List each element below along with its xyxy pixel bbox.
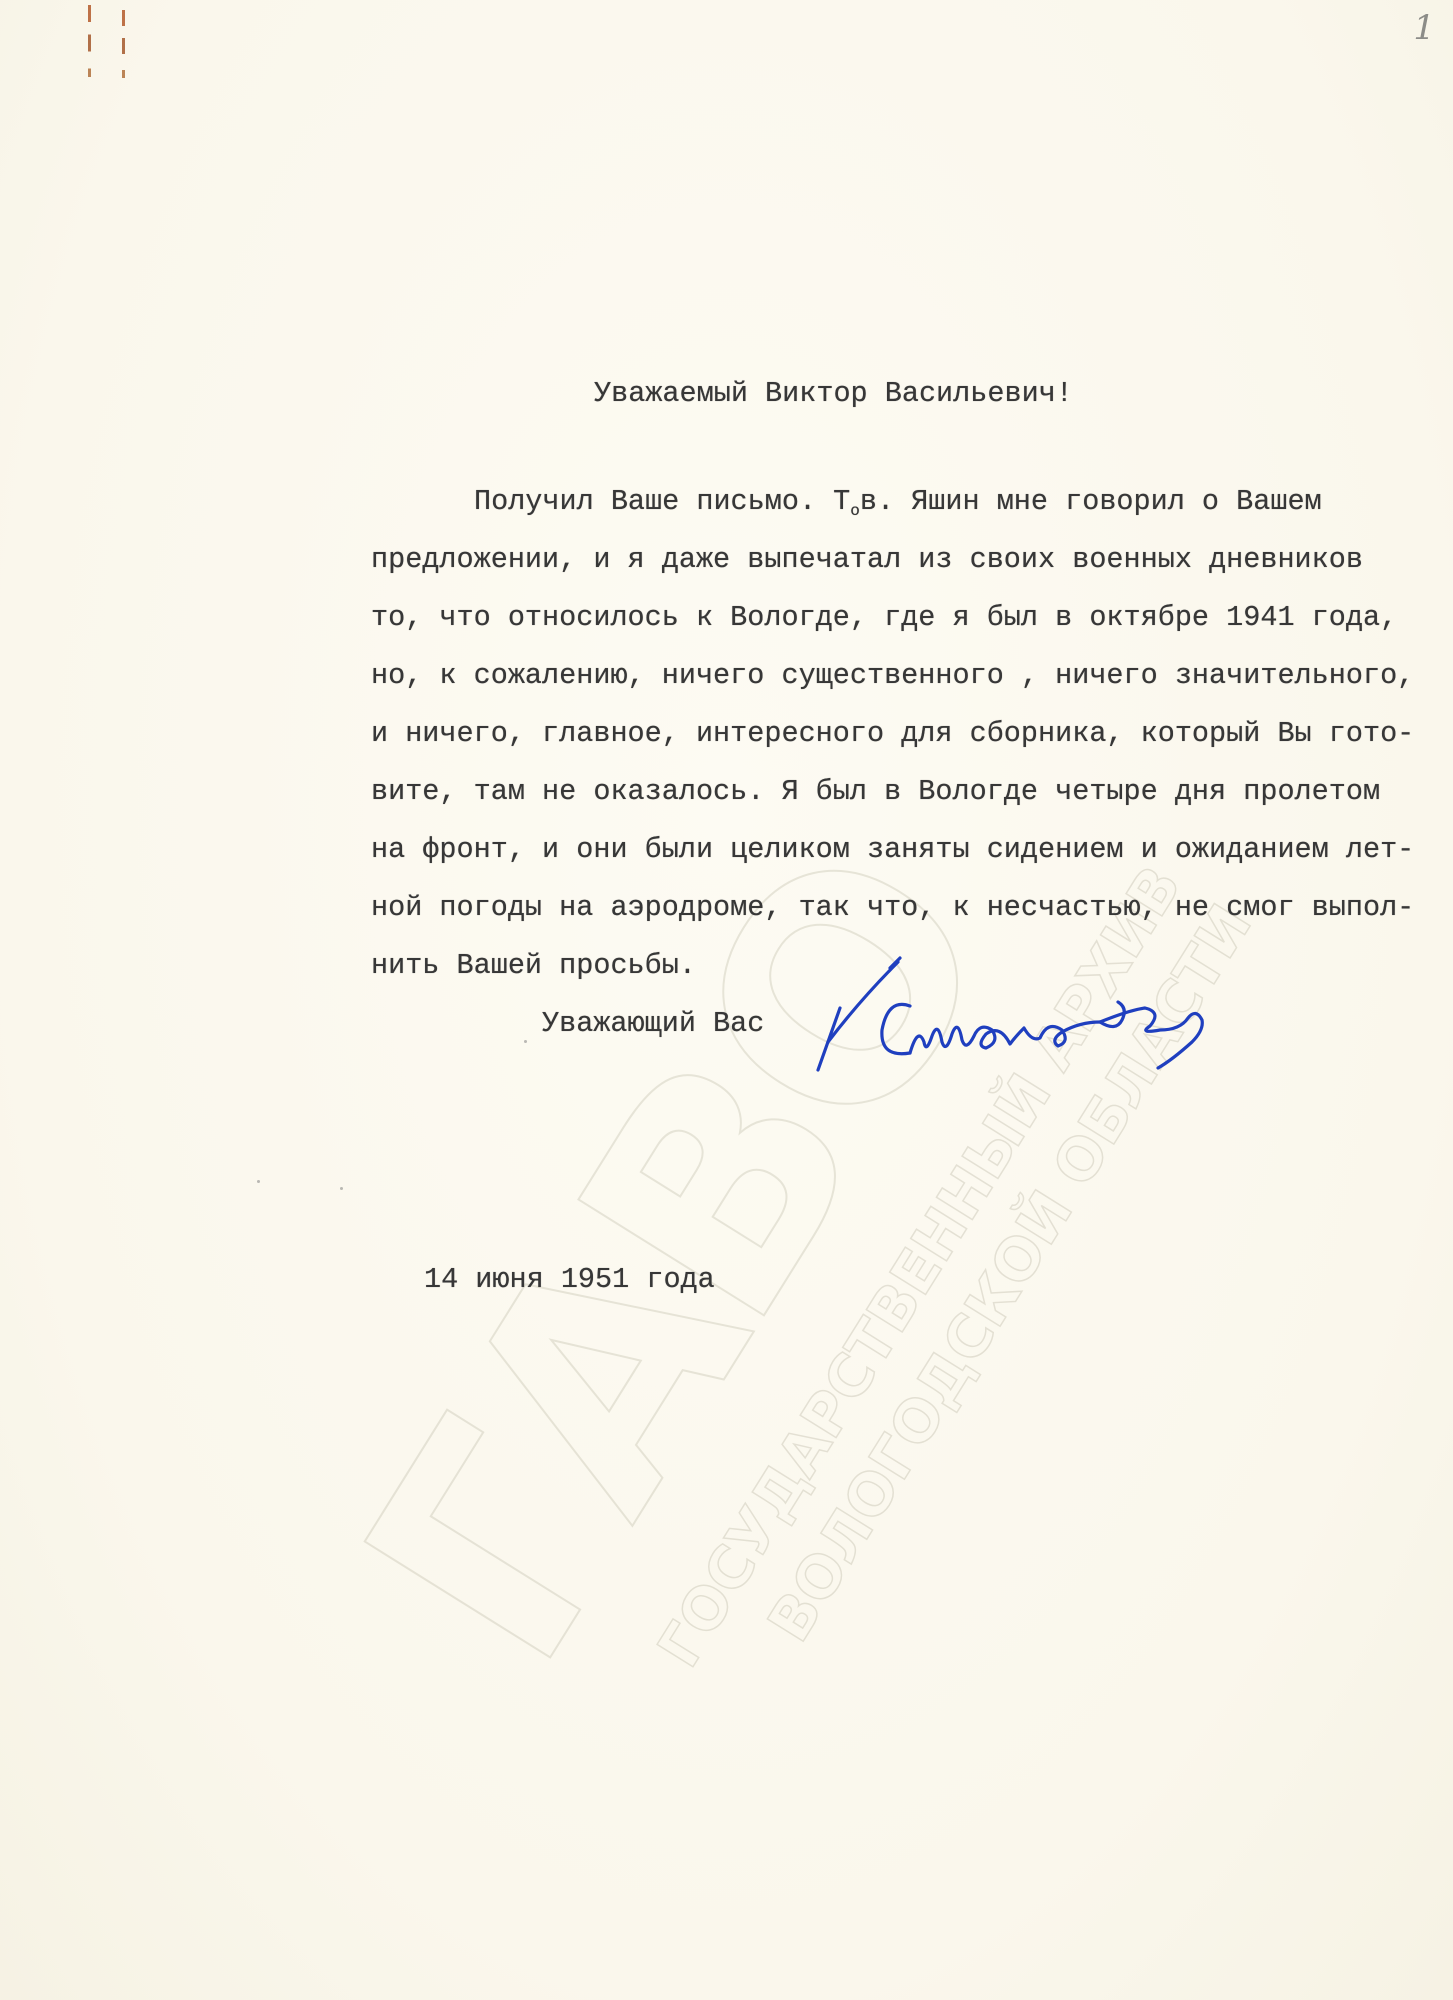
paper-speck	[257, 1180, 260, 1183]
body-line-6: вите, там не оказалось. Я был в Вологде …	[371, 776, 1380, 808]
body-line-8: ной погоды на аэродроме, так что, к несч…	[371, 892, 1414, 924]
body-line-7: на фронт, и они были целиком заняты сиде…	[371, 834, 1414, 866]
paper-speck	[340, 1187, 343, 1190]
body-line-4: но, к сожалению, ничего существенного , …	[371, 660, 1414, 692]
letter-date: 14 июня 1951 года	[424, 1264, 715, 1296]
body-line-3: то, что относилось к Вологде, где я был …	[371, 602, 1397, 634]
letter-closing: Уважающий Вас	[542, 1008, 764, 1040]
body-line-1-b: в. Яшин мне говорил о Вашем	[860, 485, 1322, 518]
body-line-1-a: Получил Ваше письмо. Т	[474, 485, 850, 518]
letter-greeting: Уважаемый Виктор Васильевич!	[594, 378, 1073, 410]
body-line-9: нить Вашей просьбы.	[371, 950, 696, 982]
body-line-5: и ничего, главное, интересного для сборн…	[371, 718, 1414, 750]
body-line-1: Получил Ваше письмо. Тов. Яшин мне говор…	[474, 486, 1322, 521]
staple-mark-right	[122, 10, 125, 90]
paper-speck	[524, 1040, 527, 1043]
body-line-2: предложении, и я даже выпечатал из своих…	[371, 544, 1363, 576]
body-line-1-sup: о	[850, 502, 860, 520]
handwritten-signature: К. Симонов	[800, 950, 1260, 1075]
page-number: 1	[1413, 8, 1435, 48]
staple-mark-left	[88, 5, 91, 90]
